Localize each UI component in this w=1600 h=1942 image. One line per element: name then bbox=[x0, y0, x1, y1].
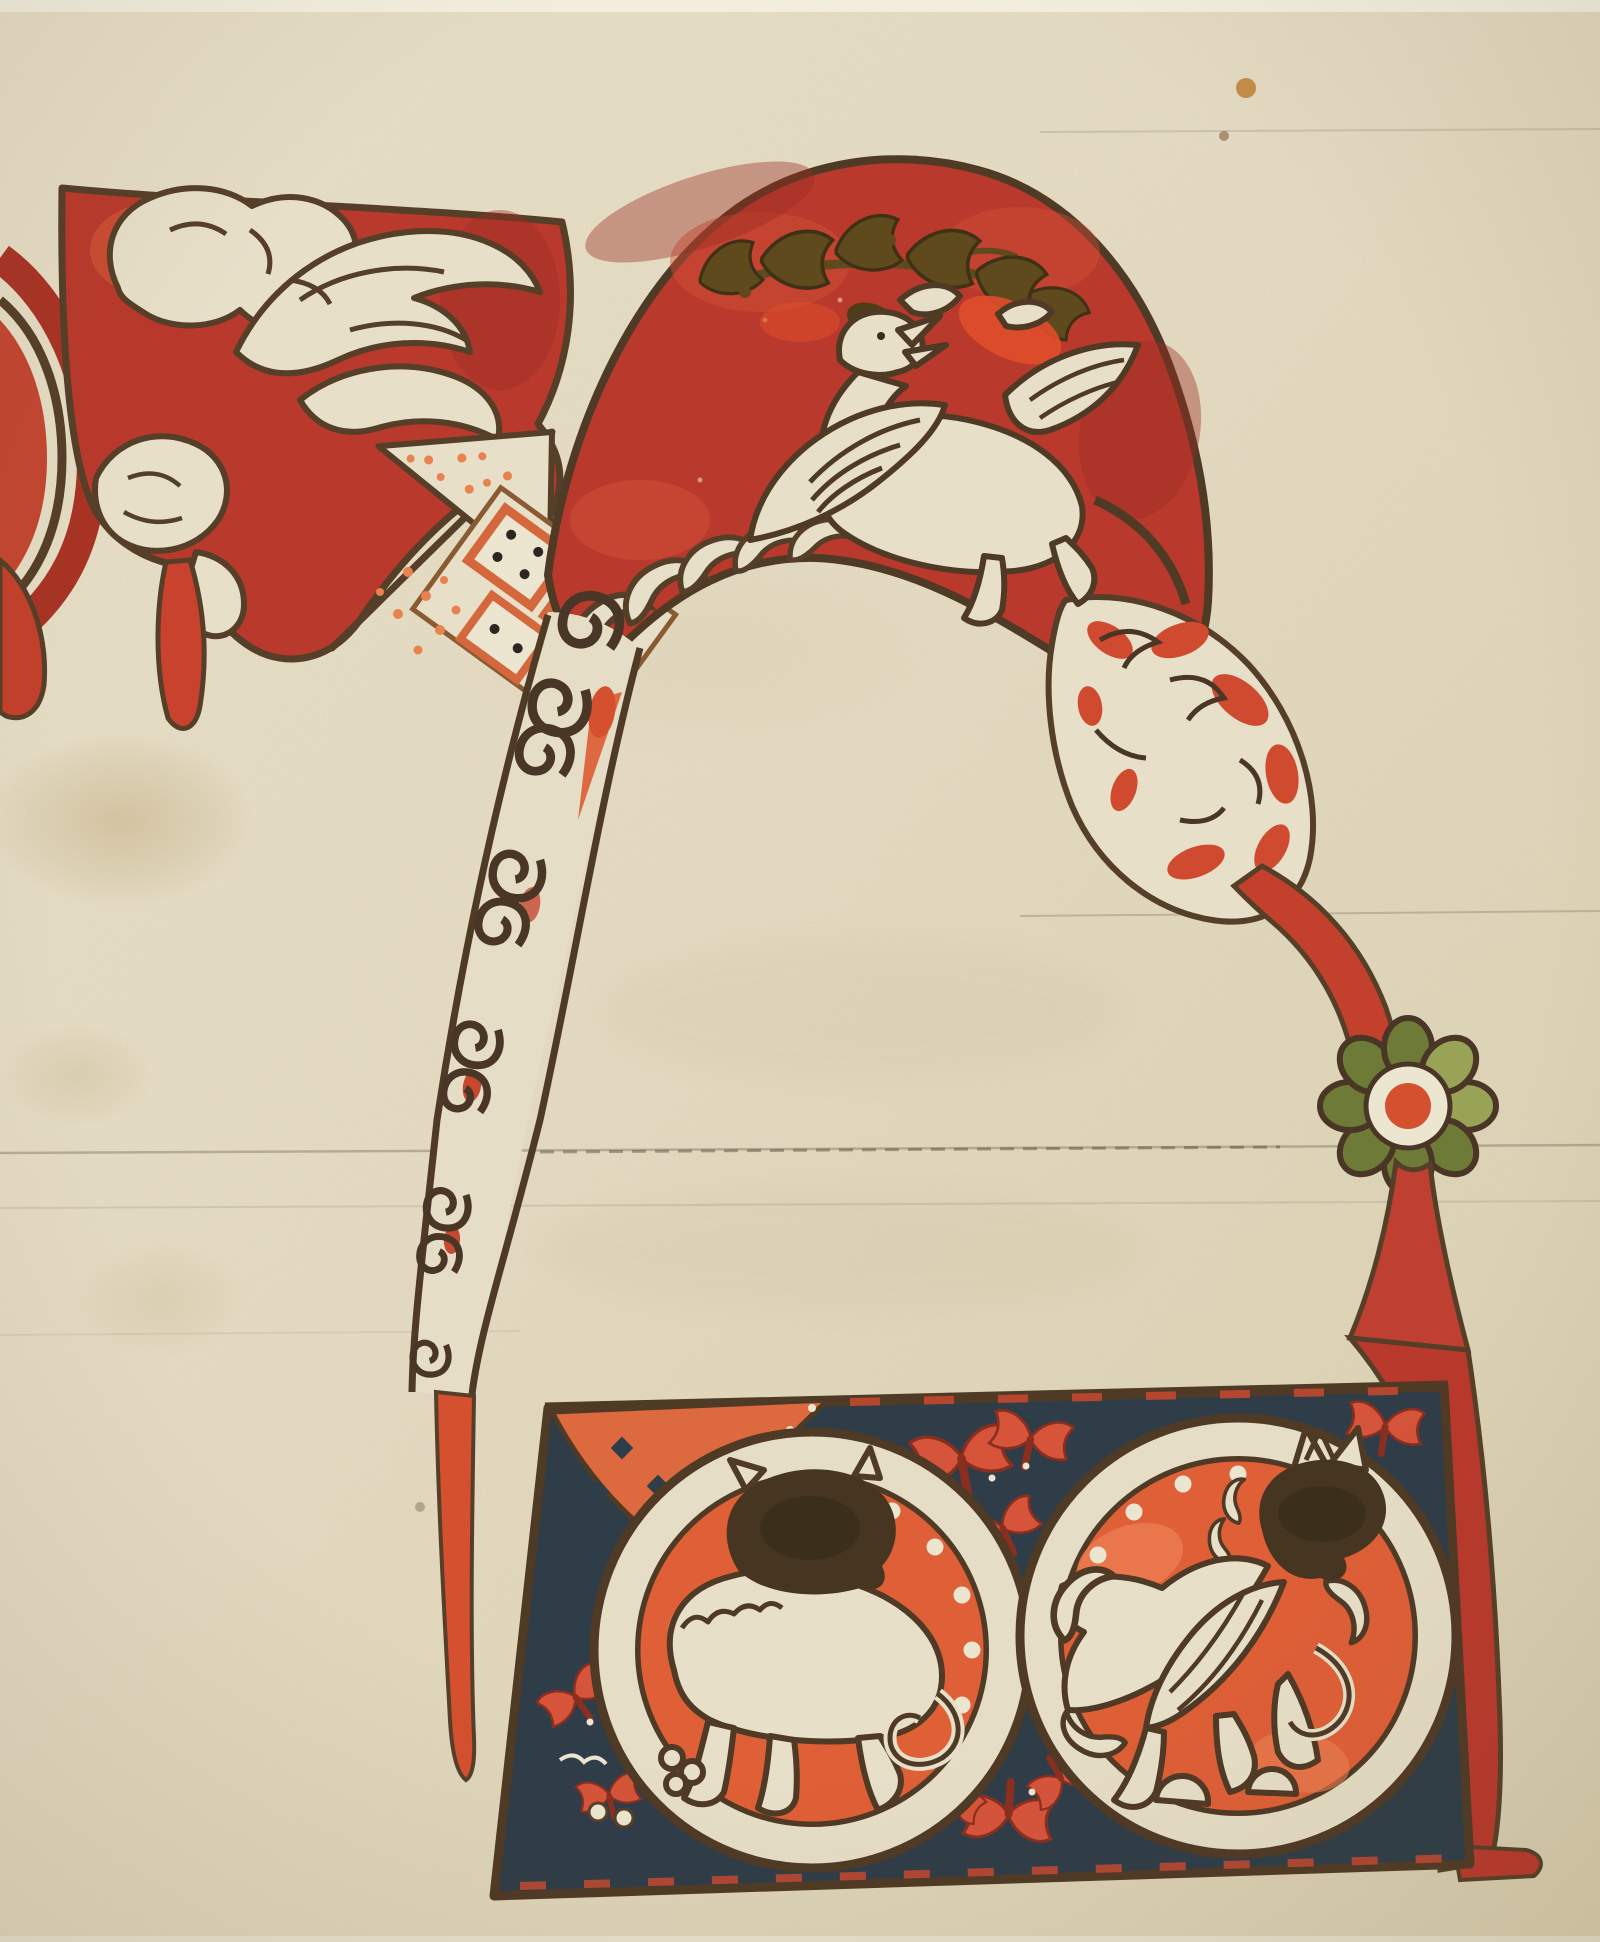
manuscript-page bbox=[0, 0, 1600, 1942]
vignette bbox=[0, 0, 1600, 1942]
